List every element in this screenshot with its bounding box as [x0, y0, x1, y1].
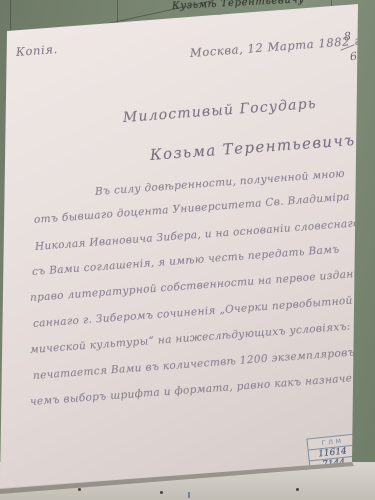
letter-photograph: Кузьмѣ Терентьевичу Солдатенкову. Копія.… — [0, 0, 375, 500]
salutation-line1: Милостивый Государь — [122, 96, 317, 126]
blotter-grid-line — [10, 0, 11, 34]
dateline: Москва, 12 Марта 1882 г. — [189, 33, 365, 60]
corner-mark-numerator: 8 — [343, 30, 351, 44]
corner-mark-denominator: 6 — [349, 50, 357, 64]
speck — [78, 488, 81, 491]
blue-mark — [188, 492, 190, 498]
salutation-line2: Козьма Терентьевичъ! — [149, 130, 363, 164]
speck — [296, 488, 299, 491]
copy-label: Копія. — [15, 42, 58, 59]
speck — [160, 491, 163, 494]
letter-sheet: Копія. Москва, 12 Марта 1882 г. 8 6 Мило… — [0, 0, 375, 500]
